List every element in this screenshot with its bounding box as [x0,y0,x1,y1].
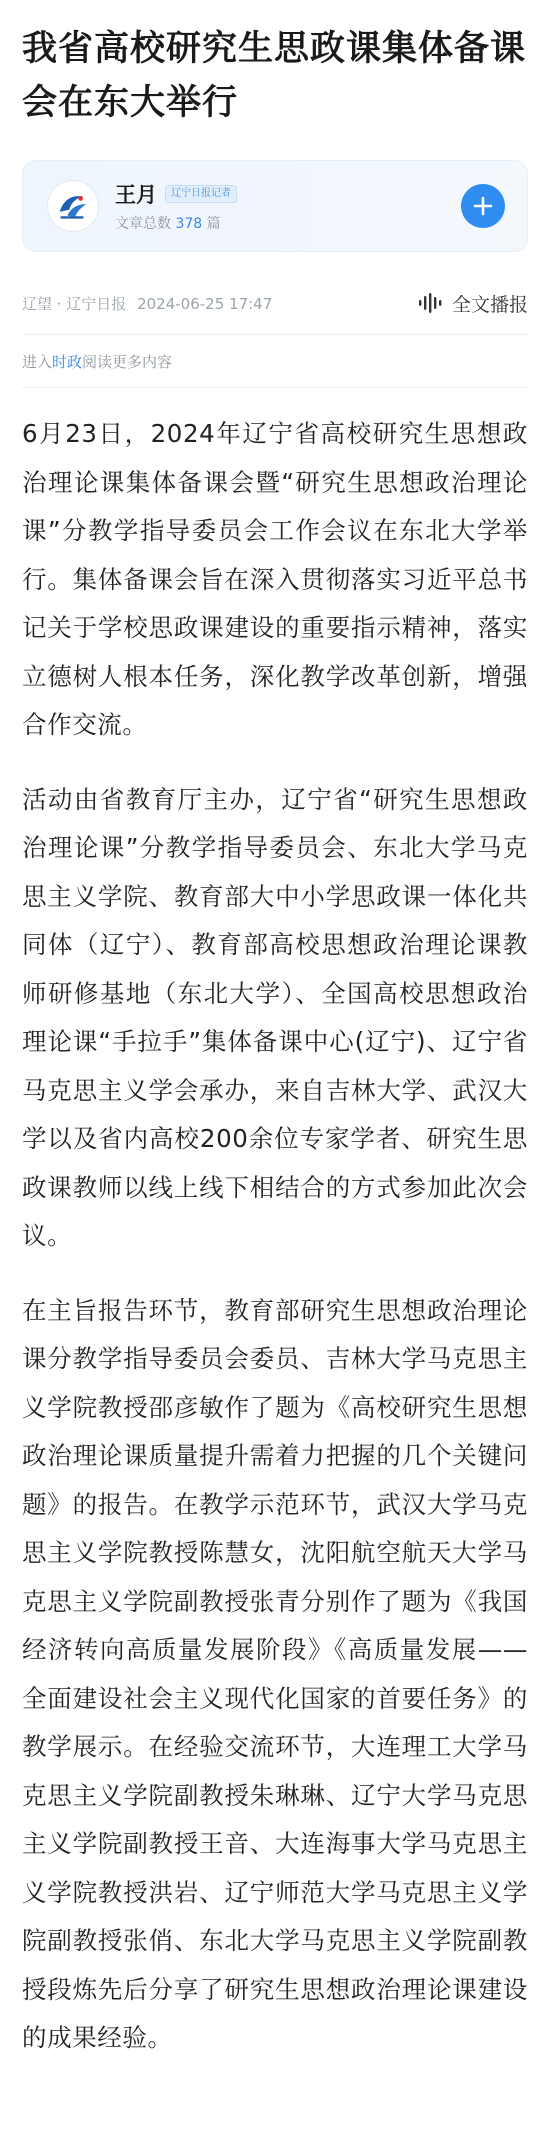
author-info: 王月 辽宁日报记者 文章总数 378 篇 [115,179,461,233]
liaowang-logo-icon [54,187,92,225]
author-badge: 辽宁日报记者 [165,185,237,203]
stats-prefix: 文章总数 [115,216,171,232]
article-count: 378 [175,216,202,232]
audio-wave-icon [418,292,444,314]
article-paragraph: 在主旨报告环节，教育部研究生思想政治理论课分教学指导委员会委员、吉林大学马克思主… [22,1287,528,2063]
author-card[interactable]: 王月 辽宁日报记者 文章总数 378 篇 [22,160,528,252]
follow-button[interactable] [461,184,505,228]
channel-row: 进入 时政 阅读更多内容 [22,335,528,387]
meta-row: 辽望 · 辽宁日报 2024-06-25 17:47 全文播报 [22,288,528,318]
author-stats: 文章总数 378 篇 [115,213,461,233]
channel-prefix: 进入 [22,351,52,372]
article-datetime: 2024-06-25 17:47 [137,295,272,313]
listen-button[interactable]: 全文播报 [418,290,528,317]
author-name[interactable]: 王月 [115,179,157,209]
article-source: 辽望 · 辽宁日报 [22,295,126,313]
author-avatar[interactable] [47,180,99,232]
listen-label: 全文播报 [452,290,528,317]
article-paragraph: 6月23日，2024年辽宁省高校研究生思想政治理论课集体备课会暨“研究生思想政治… [22,410,528,750]
channel-suffix: 阅读更多内容 [82,351,172,372]
plus-icon [472,195,494,217]
article-page: 我省高校研究生思政课集体备课会在东大举行 王月 辽宁日报记者 文章总数 378 … [0,0,550,2063]
article-body: 6月23日，2024年辽宁省高校研究生思想政治理论课集体备课会暨“研究生思想政治… [22,388,528,2063]
article-meta: 辽望 · 辽宁日报 2024-06-25 17:47 [22,293,272,314]
article-title: 我省高校研究生思政课集体备课会在东大举行 [22,0,528,130]
channel-link[interactable]: 时政 [52,351,82,372]
stats-suffix: 篇 [207,216,221,232]
article-paragraph: 活动由省教育厅主办，辽宁省“研究生思想政治理论课”分教学指导委员会、东北大学马克… [22,776,528,1261]
